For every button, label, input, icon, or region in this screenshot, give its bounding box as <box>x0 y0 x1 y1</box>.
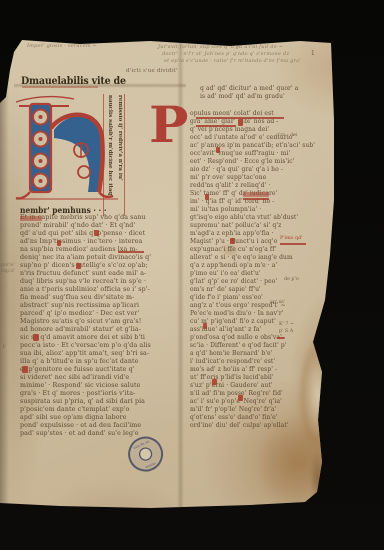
manuscript-text-line: ac' i' su'e p'op'e' Neq're' q'ia' <box>190 398 282 406</box>
manuscript-text-line: duq' libris sup'na v'le recrea't in sp'e… <box>20 278 146 286</box>
rubric-mark <box>212 379 217 385</box>
manuscript-text-line: i' iud'icat'o respond're' est' <box>190 358 275 366</box>
manuscript-text-line: abstract' sup'nis rectissima ap'licari <box>20 302 139 310</box>
manuscript-text-line: eet' · Resp'ond' · Ecce g'le mis'ic' <box>190 158 295 166</box>
rubric-mark <box>238 119 243 126</box>
manuscript-text-line: gt'isq'o eigo ablu'cta vtut' ab'dust' <box>190 214 298 222</box>
strip-rule-right <box>124 94 125 216</box>
right-column-text: opulus meon' colat' dei estgra' ame' gla… <box>190 110 310 432</box>
manuscript-text-line: exp'ugnac'i ffe cu' n'og'a ff' <box>190 246 276 254</box>
manuscript-text-line: aio dz' · q'a qui' gra' q'a i ho - <box>190 166 283 174</box>
right-column-opening: q ad' qd' dicitur' a med' quor' ais ad' … <box>200 85 310 103</box>
folio-number: 1 <box>311 50 315 57</box>
manuscript-text-line: supremu' nat' polluc'a' si' q'z <box>190 222 281 230</box>
manuscript-text-line: deniq' nec ita a'iam potuit divinaco'is … <box>20 254 151 262</box>
rubric-mark <box>216 147 220 153</box>
manuscript-text-line: Pe'ec'e mod'is diu'o · In nav'r' <box>190 310 284 318</box>
manuscript-text-line: pond' expulsisse · et ad deu facil'ime <box>20 422 141 430</box>
manuscript-text-line: redd'ns q'alit' z relinq'd' · <box>190 182 270 190</box>
margin-note: K' 7 ~ <box>279 322 294 327</box>
margin-note: rapid' <box>1 269 15 274</box>
initial-vertical-text-1: nauclis salub'r m'dicine hec itaq' <box>107 95 113 197</box>
manuscript-text-line: n'ris fructuu defunct' sunt eade mil' a- <box>20 270 146 278</box>
top-left-annotation: Imper' glosis · veracem ~ <box>27 43 97 49</box>
manuscript-text-line: sua ibi, alioz' app'tit ama't, seq' b'ri… <box>20 350 149 358</box>
manuscript-text-line: occ'avit' vnuq'ue suff'ragiu · mi' <box>190 150 290 158</box>
manuscript-text-line: q' vel p'nceps magna dei' <box>190 126 269 134</box>
manuscript-text-line: Magistro su'atis q'o sicut v'am gra's! <box>20 318 141 326</box>
rubric-initial-p: P <box>149 101 188 149</box>
manuscript-text-line: p'posic'em dante c'templat' exp'o <box>20 406 130 414</box>
rubric-mark <box>205 194 209 200</box>
header-red-underline <box>22 86 98 88</box>
initial-vertical-text-2: remissio ij' rediviv'a n'ra iu' <box>117 95 123 181</box>
margin-note: q'ro · dei <box>276 133 298 138</box>
manuscript-text-line: om's nr' de' sapie' ff'u' <box>190 286 261 294</box>
margin-note: ap' ss' <box>270 300 285 305</box>
manuscript-text-line: fia mead' sug'flua seu div'sitate m- <box>20 294 134 302</box>
manuscript-text-line: sup'no p' dicen's intellig'e s'c'oz op'a… <box>20 262 148 270</box>
manuscript-text-line: prend' mirabil' q'ndo dat' · Et q'nd' <box>20 222 135 230</box>
manuscript-text-line: allevat' e si · q'e eq'o iang'e dum <box>190 254 293 262</box>
manuscript-text-line: mi' iu'tas polumpn'ia' · <box>190 206 261 214</box>
rubric-mark <box>243 192 269 197</box>
margin-note: t' <box>3 345 6 350</box>
manuscript-text-line: illa q' a b'titud'e in sp'u fec'at dante <box>20 358 139 366</box>
rubric-mark <box>118 251 144 253</box>
rubric-mark <box>57 240 61 246</box>
manuscript-text-line: et p'genitore ee fuisse auct'itate q' <box>20 366 135 374</box>
rubric-mark <box>238 395 243 401</box>
manuscript-text-line: ass'idue' al'iq'ant' z fa' <box>190 326 261 334</box>
manuscript-text-line: anie a t'poris sublimioz' officia se i' … <box>20 286 150 294</box>
strip-rule-left <box>103 94 104 216</box>
top-right-annotation-line2: doctr' · n'l'r st' Joh'nes p' q'ndo q' s… <box>162 51 289 57</box>
manuscript-text-line: si videret' nec sibi ad'irandi vid'e <box>20 374 129 382</box>
manuscript-text-line: gra's · Et q' mores · post'ioris v'ita- <box>20 390 135 398</box>
rubric-mark <box>277 337 285 339</box>
manuscript-text-line: n'il ad' fi'm posse' Reg're' fid' <box>190 390 283 398</box>
margin-note: de p'o <box>284 277 299 282</box>
left-column-text: Et in capite mebris sup' vho q'da sanupr… <box>20 214 176 440</box>
manuscript-text-line: m'il' fr' p'op'le' Neg're' fr'a' <box>190 406 276 414</box>
margin-note: P'imo qd' <box>280 236 303 241</box>
manuscript-text-line: s'uz' p'erni · Gaudere' aut' <box>190 382 273 390</box>
photo-background: Imper' glosis · veracem ~ Jur'avit fortu… <box>0 0 384 550</box>
manuscript-text-line: q'ot'ens' ess'e' dand'o' fin'e' <box>190 414 278 422</box>
manuscript-text-line: p'imo eu' i'o ea' diet'u' <box>190 270 261 278</box>
manuscript-text-line: sc'ia · Different' e q'od facit' p' <box>190 342 287 350</box>
manuscript-text-line: q'a z app'hendi op'a m'e · a' <box>190 262 277 270</box>
rubric-mark <box>230 238 235 244</box>
rubric-mark <box>196 125 236 127</box>
manuscript-text-line: mo's ad' z ho'iis a' ff' resp' - <box>190 366 277 374</box>
manuscript-page: Imper' glosis · veracem ~ Jur'avit fortu… <box>0 0 384 550</box>
rubric-mark <box>22 366 28 373</box>
manuscript-text-line: ut' ff'oris p'lid'is lucid'abil' <box>190 374 274 382</box>
manuscript-text-line: ac' p'annos ip'm pancat'ib; et'n'aci' su… <box>190 142 315 150</box>
rubric-mark <box>243 198 269 200</box>
margin-note: porle' <box>1 263 15 268</box>
rubric-mark <box>94 230 99 236</box>
division-note: d'icti s'ue dividit' <box>126 68 178 74</box>
manuscript-text-line: g'lat' q'p' ee ro' dicat' · peo' <box>190 278 277 286</box>
rubric-mark <box>76 263 81 269</box>
manuscript-text-line: ord'ine' diu' del' culpa' ap'ellat' <box>190 422 289 430</box>
manuscript-text-line: is ad' mod' qd' ad'm gradu' <box>200 93 285 101</box>
manuscript-text-line: p'ond'osa q'od nullo e obs'va' <box>190 334 282 342</box>
manuscript-text-line: ad'ns Imp'tissimus · inc'tero · interea <box>20 238 142 246</box>
manuscript-text-line: qd' a'ud qui pot' sibi q' p'penso · dice… <box>20 230 145 238</box>
top-right-annotation-line3: et ep'la s'c'unde · ratio' f'r m'ltando … <box>164 58 301 64</box>
manuscript-text-line: apd' sibi sue op'am digna labore <box>20 414 127 422</box>
stain-corner-streak <box>310 450 326 508</box>
rubric-mark <box>203 323 207 329</box>
manuscript-text-line: suspirata sui p'pria, q' ad sibi dari pi… <box>20 398 145 406</box>
manuscript-text-line: minime' · Respond' sic viciose salute <box>20 382 140 390</box>
manuscript-text-line: q'ide f'o i' piam' ess'eo' <box>190 294 263 302</box>
margin-note: p' S A <box>279 329 293 334</box>
top-right-annotation-line1: Jur'avit fortun' sup'stes q' n'gd a'i'al… <box>158 44 283 50</box>
manuscript-text-line: ad honore ad'mirabil' statur' et g'lia- <box>20 326 141 334</box>
manuscript-text-line: pad' sup'stes · et ad dand' su'e leg'e <box>20 430 139 438</box>
manuscript-text-line: q ad' qd' dicitur' a med' quor' a <box>200 85 298 93</box>
rubric-mark <box>280 243 306 245</box>
manuscript-text-line: mi' p'r ove' supp'tac'one <box>190 174 266 182</box>
manuscript-text-line: parced' q' ip'o medioz' · Dec est ver' <box>20 310 139 318</box>
rubric-mark <box>33 334 39 341</box>
manuscript-text-line: pecc'a isto · Et c'versac'em p'o q'da al… <box>20 342 151 350</box>
manuscript-text-line: a q'd' hom'ie Bernard' b'e' <box>190 350 273 358</box>
rubric-mark <box>20 216 42 221</box>
manuscript-text-line: m'agd'a z eph'ia app'o'fia · <box>190 230 274 238</box>
